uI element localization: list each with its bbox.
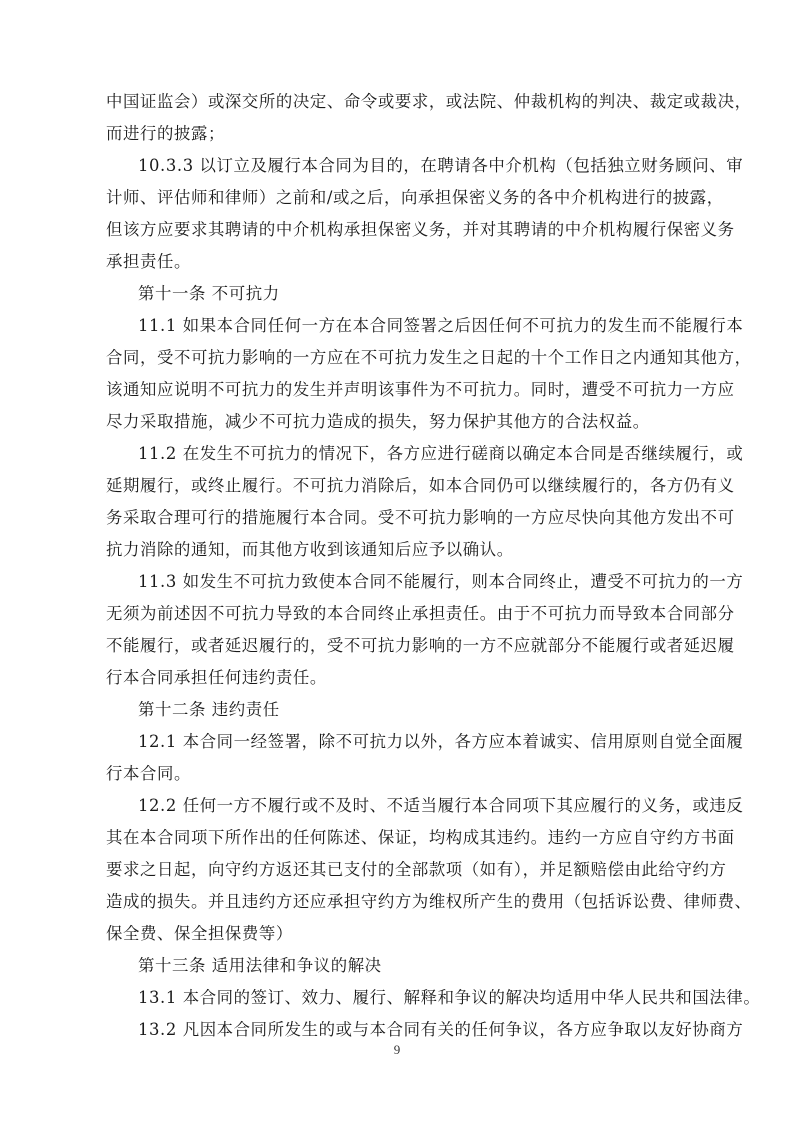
text-line: 不能履行，或者延迟履行的，受不可抗力影响的一方不应就部分不能履行或者延迟履 (106, 630, 700, 662)
text-line: 中国证监会）或深交所的决定、命令或要求，或法院、仲裁机构的判决、裁定或裁决， (106, 86, 700, 118)
text-line: 造成的损失。并且违约方还应承担守约方为维权所产生的费用（包括诉讼费、律师费、 (106, 886, 700, 918)
text-line: 12.2 任何一方不履行或不及时、不适当履行本合同项下其应履行的义务，或违反 (106, 790, 700, 822)
page-number: 9 (0, 1042, 794, 1058)
text-line: 计师、评估师和律师）之前和/或之后，向承担保密义务的各中介机构进行的披露， (106, 182, 700, 214)
text-line: 承担责任。 (106, 246, 700, 278)
text-line: 抗力消除的通知，而其他方收到该通知后应予以确认。 (106, 534, 700, 566)
text-line: 务采取合理可行的措施履行本合同。受不可抗力影响的一方应尽快向其他方发出不可 (106, 502, 700, 534)
text-line: 第十三条 适用法律和争议的解决 (106, 950, 700, 982)
text-line: 但该方应要求其聘请的中介机构承担保密义务，并对其聘请的中介机构履行保密义务 (106, 214, 700, 246)
text-line: 第十一条 不可抗力 (106, 278, 700, 310)
text-line: 尽力采取措施，减少不可抗力造成的损失，努力保护其他方的合法权益。 (106, 406, 700, 438)
text-line: 10.3.3 以订立及履行本合同为目的，在聘请各中介机构（包括独立财务顾问、审 (106, 150, 700, 182)
text-line: 11.3 如发生不可抗力致使本合同不能履行，则本合同终止，遭受不可抗力的一方 (106, 566, 700, 598)
text-line: 要求之日起，向守约方返还其已支付的全部款项（如有），并足额赔偿由此给守约方 (106, 854, 700, 886)
text-line: 13.1 本合同的签订、效力、履行、解释和争议的解决均适用中华人民共和国法律。 (106, 982, 700, 1014)
text-line: 其在本合同项下所作出的任何陈述、保证，均构成其违约。违约一方应自守约方书面 (106, 822, 700, 854)
text-line: 行本合同承担任何违约责任。 (106, 662, 700, 694)
text-line: 而进行的披露； (106, 118, 700, 150)
text-line: 12.1 本合同一经签署，除不可抗力以外，各方应本着诚实、信用原则自觉全面履 (106, 726, 700, 758)
text-line: 该通知应说明不可抗力的发生并声明该事件为不可抗力。同时，遭受不可抗力一方应 (106, 374, 700, 406)
text-line: 无须为前述因不可抗力导致的本合同终止承担责任。由于不可抗力而导致本合同部分 (106, 598, 700, 630)
text-line: 11.1 如果本合同任何一方在本合同签署之后因任何不可抗力的发生而不能履行本 (106, 310, 700, 342)
text-line: 行本合同。 (106, 758, 700, 790)
document-body: 中国证监会）或深交所的决定、命令或要求，或法院、仲裁机构的判决、裁定或裁决，而进… (106, 86, 700, 1046)
text-line: 第十二条 违约责任 (106, 694, 700, 726)
text-line: 延期履行，或终止履行。不可抗力消除后，如本合同仍可以继续履行的，各方仍有义 (106, 470, 700, 502)
text-line: 保全费、保全担保费等） (106, 918, 700, 950)
text-line: 合同，受不可抗力影响的一方应在不可抗力发生之日起的十个工作日之内通知其他方， (106, 342, 700, 374)
text-line: 11.2 在发生不可抗力的情况下，各方应进行磋商以确定本合同是否继续履行，或 (106, 438, 700, 470)
